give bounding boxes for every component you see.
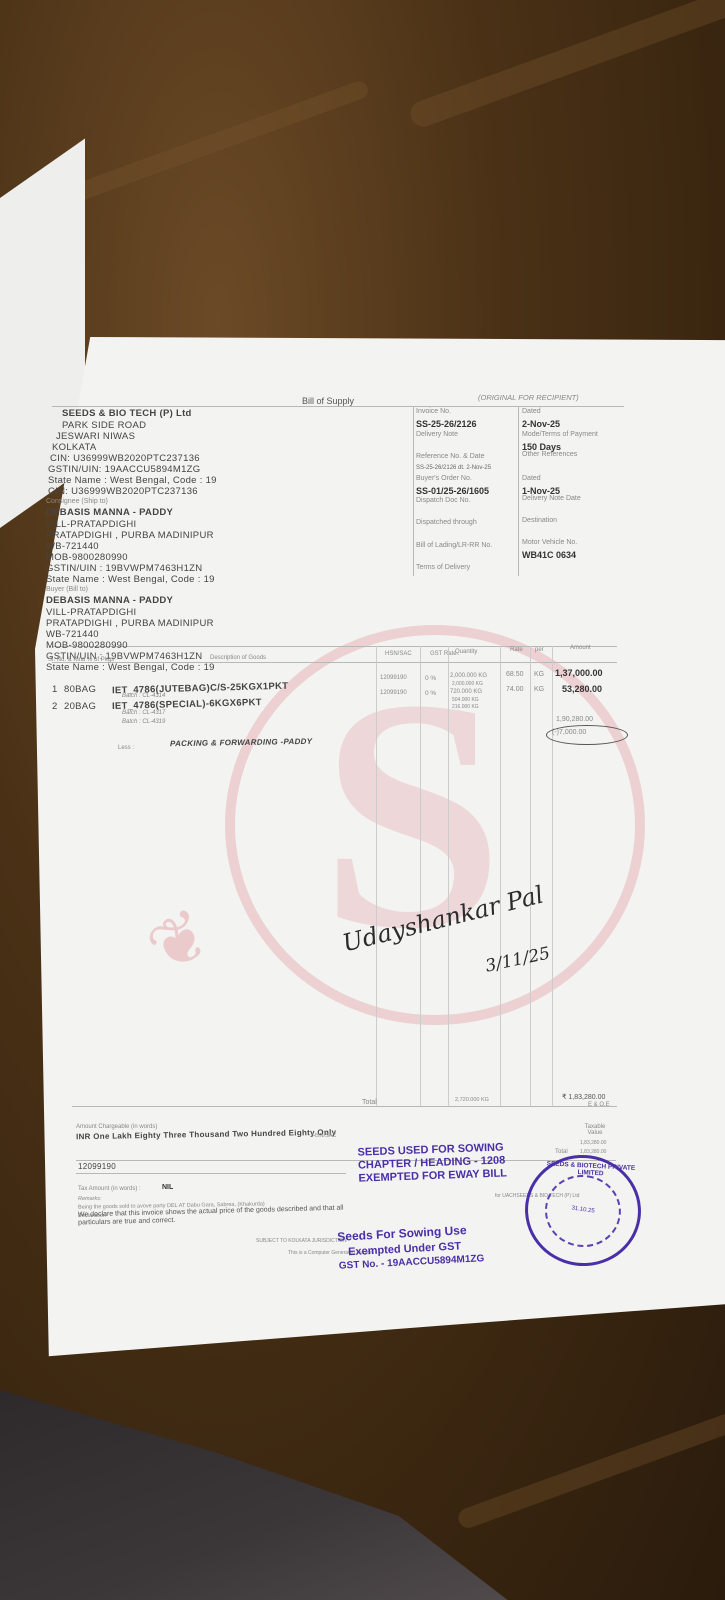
buyers-order-label: Buyer's Order No. bbox=[416, 475, 472, 482]
row-rate: 74.00 bbox=[506, 686, 524, 693]
consignee-address-line: WB-721440 bbox=[46, 541, 99, 552]
row-gst: 0 % bbox=[425, 690, 436, 697]
row-pkgs: 20BAG bbox=[64, 701, 96, 712]
delivery-note-label: Delivery Note bbox=[416, 431, 458, 438]
row-quantity: 2,000.000 KG bbox=[450, 673, 487, 679]
consignee-heading: Consignee (Ship to) bbox=[46, 498, 108, 505]
col-header-gst-rate: GST Rate bbox=[430, 651, 457, 657]
less-label: Less : bbox=[118, 745, 134, 751]
reference-label: Reference No. & Date bbox=[416, 453, 484, 460]
hsn-summary-label: HSN/SAC bbox=[312, 1133, 336, 1139]
row-sub-quantity: 2,000.000 KG bbox=[452, 681, 483, 687]
seal-date: 31.10.25 bbox=[571, 1205, 595, 1215]
order-dated-label: Dated bbox=[522, 475, 541, 482]
buyers-order-no: SS-01/25-26/1605 bbox=[416, 486, 489, 496]
remarks-label: Remarks: bbox=[78, 1196, 102, 1202]
delivery-note-date-label: Delivery Note Date bbox=[522, 495, 581, 502]
consignee-address-line: MOB-9800280990 bbox=[46, 552, 128, 563]
taxable-value-label: Taxable Value bbox=[577, 1124, 613, 1136]
taxable-value: 1,83,280.00 bbox=[580, 1140, 606, 1146]
row-amount: 1,37,000.00 bbox=[555, 668, 603, 678]
col-header-per: per bbox=[535, 647, 544, 653]
buyer-address-line: VILL-PRATAPDIGHI bbox=[46, 607, 137, 618]
invoice-no: SS-25-26/2126 bbox=[416, 419, 477, 429]
col-header-quantity: Quantity bbox=[455, 649, 477, 655]
total-quantity: 2,720.000 KG bbox=[455, 1097, 489, 1103]
col-header-rate: Rate bbox=[510, 647, 523, 653]
seller-cin: CIN: U36999WB2020PTC237136 bbox=[50, 453, 200, 464]
row-batch: Batch : CL-4319 bbox=[122, 719, 165, 725]
col-header-description: Description of Goods bbox=[210, 655, 266, 661]
tax-amount: NIL bbox=[162, 1184, 173, 1191]
seller-name: SEEDS & BIO TECH (P) Ltd bbox=[62, 408, 192, 419]
buyer-address-line: WB-721440 bbox=[46, 629, 99, 640]
hsn-code: 12099190 bbox=[78, 1162, 116, 1171]
invoice-no-label: Invoice No. bbox=[416, 408, 451, 415]
seal-center: 31.10.25 bbox=[540, 1170, 625, 1252]
motor-vehicle-no: WB41C 0634 bbox=[522, 550, 576, 560]
col-header-sl-pkgs: Sl. No. & Kind % of Pkgs bbox=[48, 657, 114, 663]
row-quantity: 720.000 KG bbox=[450, 689, 482, 695]
row-gst: 0 % bbox=[425, 675, 436, 682]
total-amount: ₹ 1,83,280.00 bbox=[562, 1093, 605, 1101]
company-seal-stamp: SEEDS & BIOTECH PRIVATE LIMITED 31.10.25 bbox=[518, 1147, 648, 1273]
other-references-label: Other References bbox=[522, 451, 577, 458]
row-hsn: 12099190 bbox=[380, 690, 407, 696]
payment-terms-label: Mode/Terms of Payment bbox=[522, 431, 598, 438]
consignee-name: DEBASIS MANNA - PADDY bbox=[46, 507, 173, 518]
invoice-date: 2-Nov-25 bbox=[522, 419, 560, 429]
jurisdiction-note: SUBJECT TO KOLKATA JURISDICTION bbox=[256, 1238, 347, 1244]
col-header-amount: Amount bbox=[570, 645, 591, 651]
consignee-state: State Name : West Bengal, Code : 19 bbox=[46, 574, 215, 585]
row-pkgs: 80BAG bbox=[64, 684, 96, 695]
seller-address-line: JESWARI NIWAS bbox=[56, 431, 135, 442]
consignee-address-line: VILL-PRATAPDIGHI bbox=[46, 519, 137, 530]
invoice-document: S ❦ Bill of Supply (ORIGINAL FOR RECIPIE… bbox=[0, 0, 725, 1600]
amount-in-words-label: Amount Chargeable (in words) bbox=[76, 1124, 157, 1130]
row-sl: 2 bbox=[52, 701, 58, 712]
total-label: Total bbox=[362, 1099, 377, 1106]
row-sub-quantity: 504.000 KG bbox=[452, 697, 479, 703]
document-title: Bill of Supply bbox=[302, 396, 354, 406]
destination-label: Destination bbox=[522, 517, 557, 524]
copy-type: (ORIGINAL FOR RECIPIENT) bbox=[478, 393, 579, 402]
row-rate: 68.50 bbox=[506, 671, 524, 678]
buyer-address-line: MOB-9800280990 bbox=[46, 640, 128, 651]
eway-exemption-stamp: SEEDS USED FOR SOWING CHAPTER / HEADING … bbox=[357, 1141, 507, 1186]
seller-gstin: GSTIN/UIN: 19AACCU5894M1ZG bbox=[48, 464, 200, 475]
seller-cin-repeat: CIN: U36999WB2020PTC237136 bbox=[48, 486, 198, 497]
reference-value: SS-25-26/2126 dt. 2-Nov-25 bbox=[416, 465, 491, 471]
seller-address-line: PARK SIDE ROAD bbox=[62, 420, 146, 431]
seller-state: State Name : West Bengal, Code : 19 bbox=[48, 475, 217, 486]
tax-amount-label: Tax Amount (in words) : bbox=[78, 1186, 141, 1192]
row-hsn: 12099190 bbox=[380, 675, 407, 681]
hsn-total-label: Total bbox=[555, 1149, 568, 1155]
watermark-leaf-icon: ❦ bbox=[133, 891, 225, 991]
consignee-gstin: GSTIN/UIN : 19BVWPM7463H1ZN bbox=[46, 563, 202, 574]
consignee-address-line: PRATAPDIGHI , PURBA MADINIPUR bbox=[46, 530, 214, 541]
buyer-state: State Name : West Bengal, Code : 19 bbox=[46, 662, 215, 673]
row-batch: Batch : CL-4314 bbox=[122, 693, 165, 699]
row-per: KG bbox=[534, 671, 544, 678]
col-header-hsn: HSN/SAC bbox=[385, 651, 412, 657]
dispatched-through-label: Dispatched through bbox=[416, 519, 477, 526]
row-batch: Batch : CL-4317 bbox=[122, 710, 165, 716]
buyer-heading: Buyer (Bill to) bbox=[46, 586, 88, 593]
dated-label: Dated bbox=[522, 408, 541, 415]
row-sub-quantity: 216.000 KG bbox=[452, 704, 479, 710]
eoe-label: E & O.E bbox=[588, 1102, 610, 1108]
terms-of-delivery-label: Terms of Delivery bbox=[416, 564, 470, 571]
buyer-address-line: PRATAPDIGHI , PURBA MADINIPUR bbox=[46, 618, 214, 629]
seal-company-name: SEEDS & BIOTECH PRIVATE LIMITED bbox=[545, 1160, 636, 1179]
subtotal: 1,90,280.00 bbox=[556, 716, 593, 723]
circled-annotation bbox=[546, 725, 628, 745]
motor-vehicle-label: Motor Vehicle No. bbox=[522, 539, 577, 546]
row-amount: 53,280.00 bbox=[562, 684, 602, 694]
row-sl: 1 bbox=[52, 684, 58, 695]
bill-of-lading-label: Bill of Lading/LR-RR No. bbox=[416, 542, 492, 549]
buyer-name: DEBASIS MANNA - PADDY bbox=[46, 595, 173, 606]
gst-exemption-stamp: Seeds For Sowing Use Exempted Under GST … bbox=[337, 1222, 485, 1272]
seller-address-line: KOLKATA bbox=[52, 442, 97, 453]
row-per: KG bbox=[534, 686, 544, 693]
dispatch-doc-label: Dispatch Doc No. bbox=[416, 497, 470, 504]
